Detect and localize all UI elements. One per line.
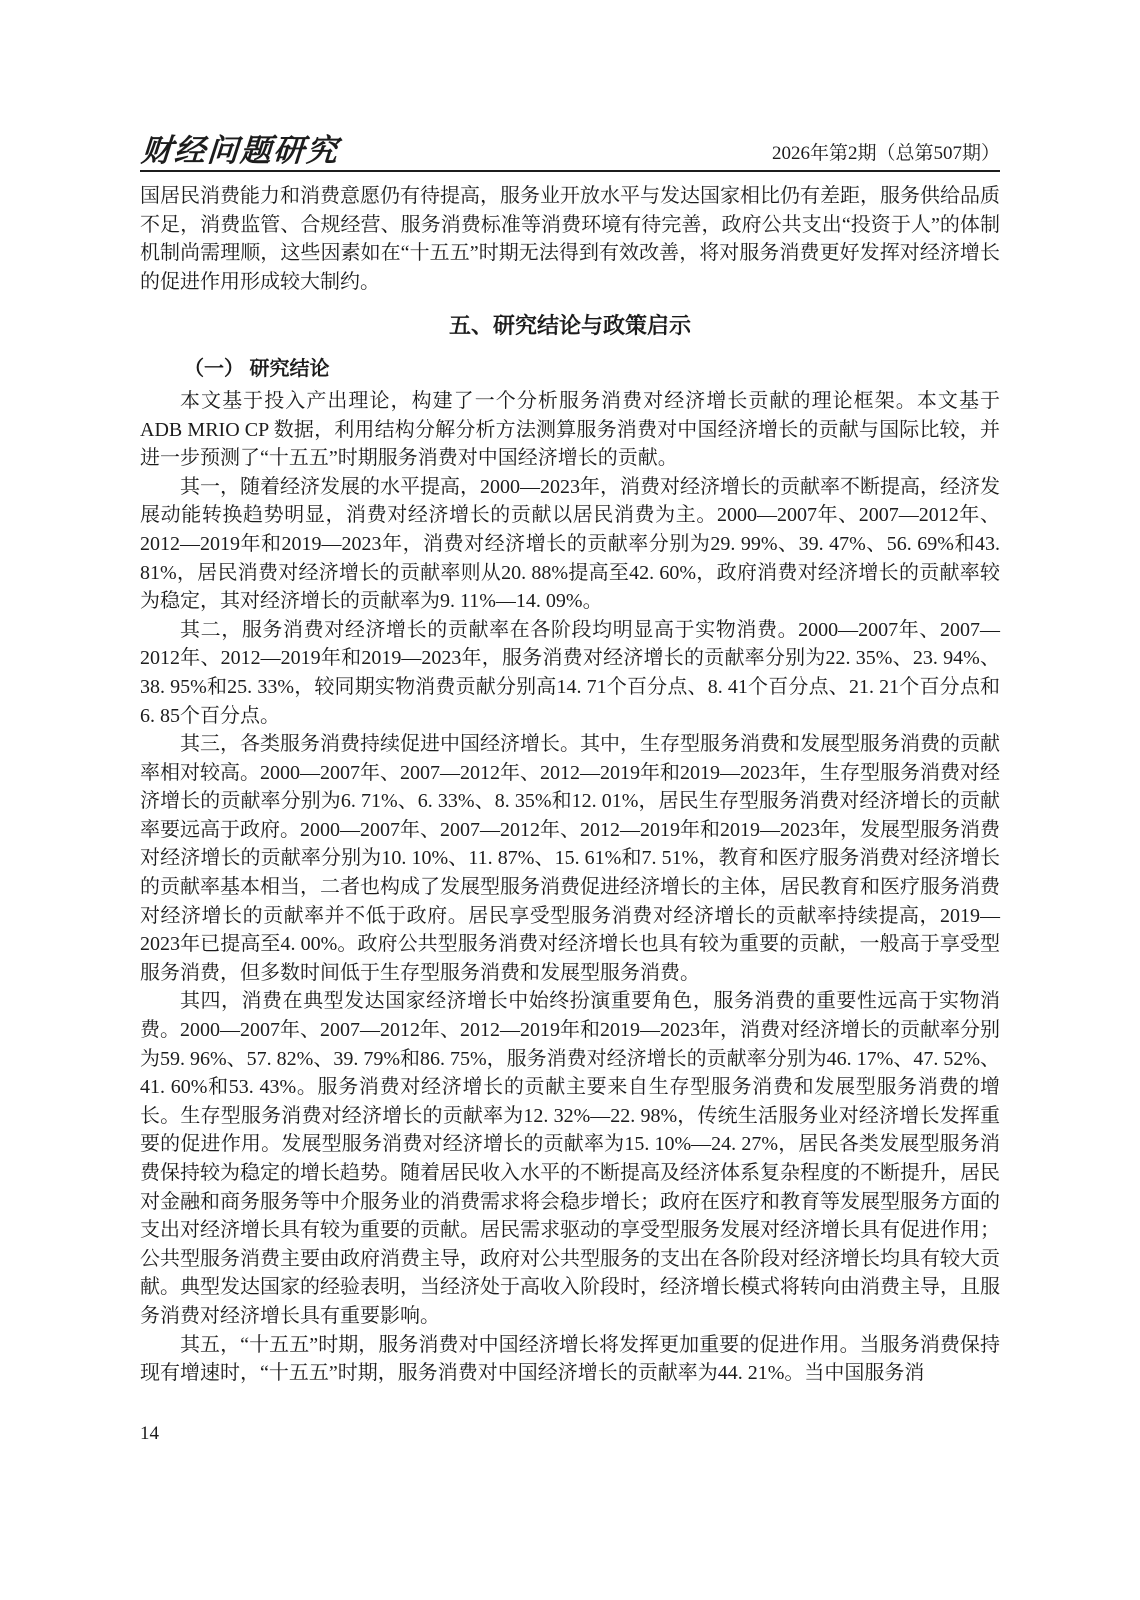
- journal-logo: 财经问题研究: [140, 135, 340, 168]
- continuation-paragraph: 国居民消费能力和消费意愿仍有待提高，服务业开放水平与发达国家相比仍有差距，服务供…: [140, 182, 1000, 296]
- paragraph-finding-3: 其三，各类服务消费持续促进中国经济增长。其中，生存型服务消费和发展型服务消费的贡…: [140, 730, 1000, 987]
- paragraph-methodology: 本文基于投入产出理论，构建了一个分析服务消费对经济增长贡献的理论框架。本文基于 …: [140, 387, 1000, 473]
- paragraph-finding-1: 其一，随着经济发展的水平提高，2000—2023年，消费对经济增长的贡献率不断提…: [140, 473, 1000, 616]
- section-heading: 五、研究结论与政策启示: [140, 311, 1000, 341]
- article-body: 国居民消费能力和消费意愿仍有待提高，服务业开放水平与发达国家相比仍有差距，服务供…: [140, 182, 1000, 1388]
- journal-page: 财经问题研究 2026年第2期（总第507期） 国居民消费能力和消费意愿仍有待提…: [0, 0, 1140, 1600]
- page-header: 财经问题研究 2026年第2期（总第507期）: [140, 126, 1000, 172]
- paragraph-finding-4: 其四，消费在典型发达国家经济增长中始终扮演重要角色，服务消费的重要性远高于实物消…: [140, 987, 1000, 1330]
- page-number: 14: [140, 1423, 159, 1446]
- paragraph-finding-2: 其二，服务消费对经济增长的贡献率在各阶段均明显高于实物消费。2000—2007年…: [140, 616, 1000, 730]
- issue-info: 2026年第2期（总第507期）: [772, 144, 1000, 168]
- paragraph-finding-5: 其五，“十五五”时期，服务消费对中国经济增长将发挥更加重要的促进作用。当服务消费…: [140, 1331, 1000, 1388]
- subsection-heading: （一） 研究结论: [140, 355, 1000, 384]
